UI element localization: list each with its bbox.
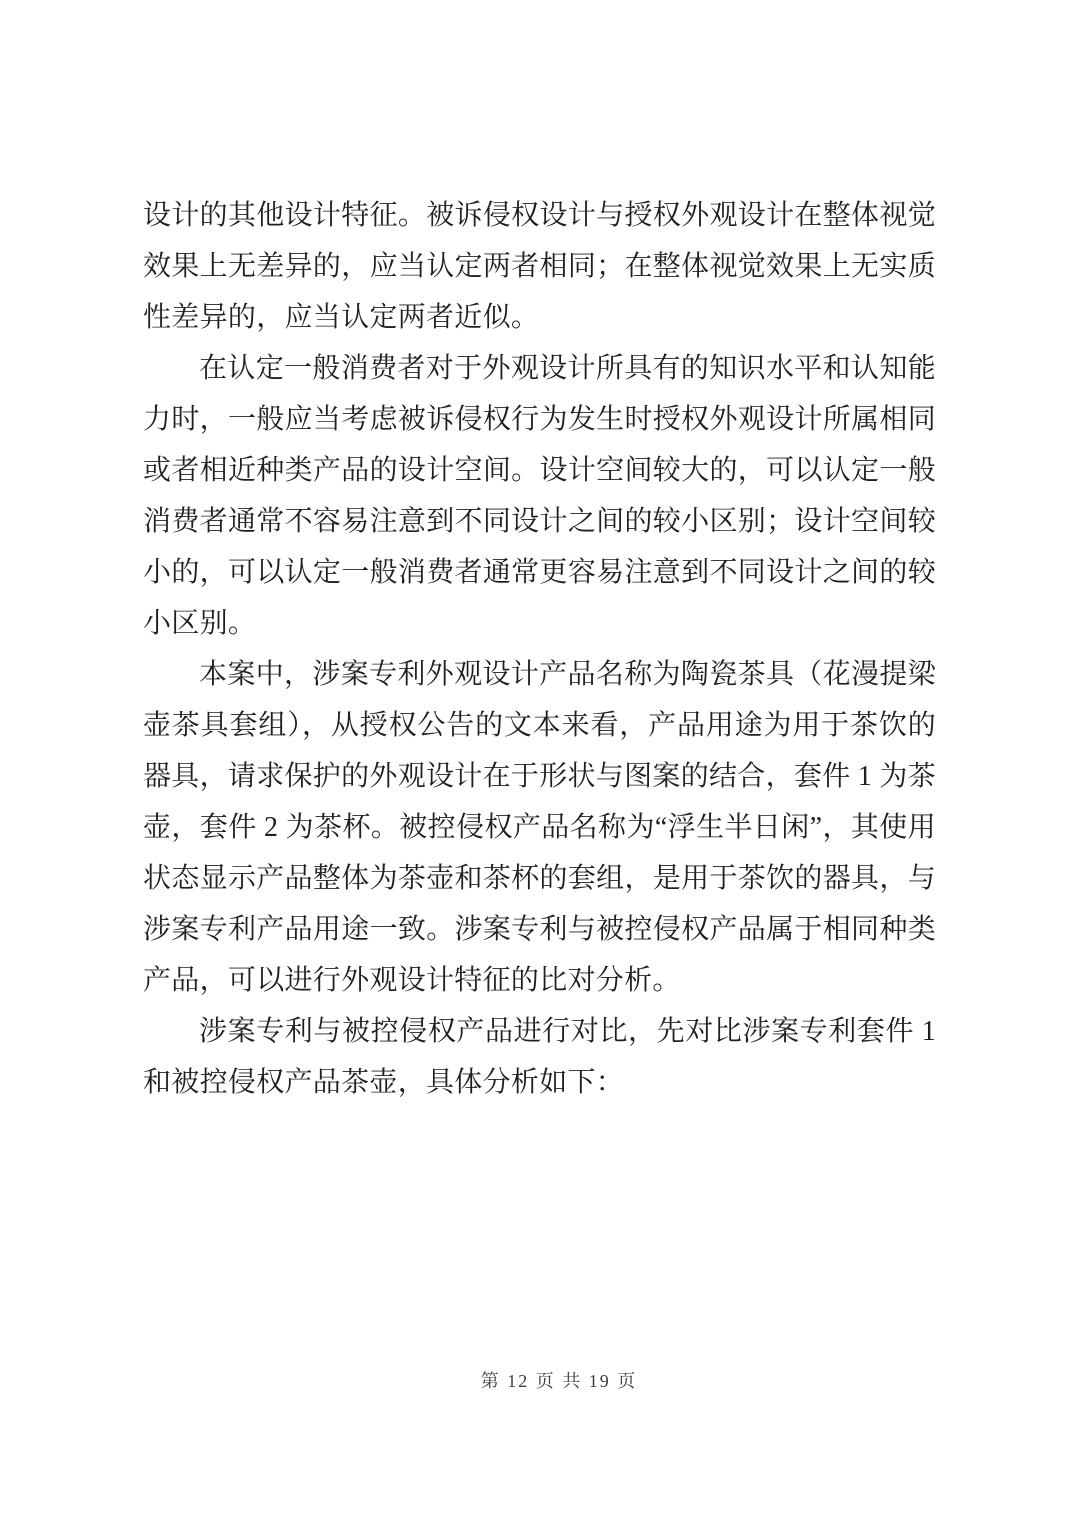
paragraph-design-space-rule: 在认定一般消费者对于外观设计所具有的知识水平和认知能力时，一般应当考虑被诉侵权行… bbox=[143, 343, 936, 649]
document-body: 设计的其他设计特征。被诉侵权设计与授权外观设计在整体视觉效果上无差异的，应当认定… bbox=[143, 190, 936, 1108]
paragraph-visual-effect-rule: 设计的其他设计特征。被诉侵权设计与授权外观设计在整体视觉效果上无差异的，应当认定… bbox=[143, 190, 936, 343]
document-page: 设计的其他设计特征。被诉侵权设计与授权外观设计在整体视觉效果上无差异的，应当认定… bbox=[0, 0, 1074, 1520]
paragraph-comparison-intro: 涉案专利与被控侵权产品进行对比，先对比涉案专利套件 1 和被控侵权产品茶壶，具体… bbox=[143, 1006, 936, 1108]
paragraph-case-product-analysis: 本案中，涉案专利外观设计产品名称为陶瓷茶具（花漫提梁壶茶具套组），从授权公告的文… bbox=[143, 649, 936, 1006]
page-number-footer: 第 12 页 共 19 页 bbox=[44, 1367, 1074, 1393]
